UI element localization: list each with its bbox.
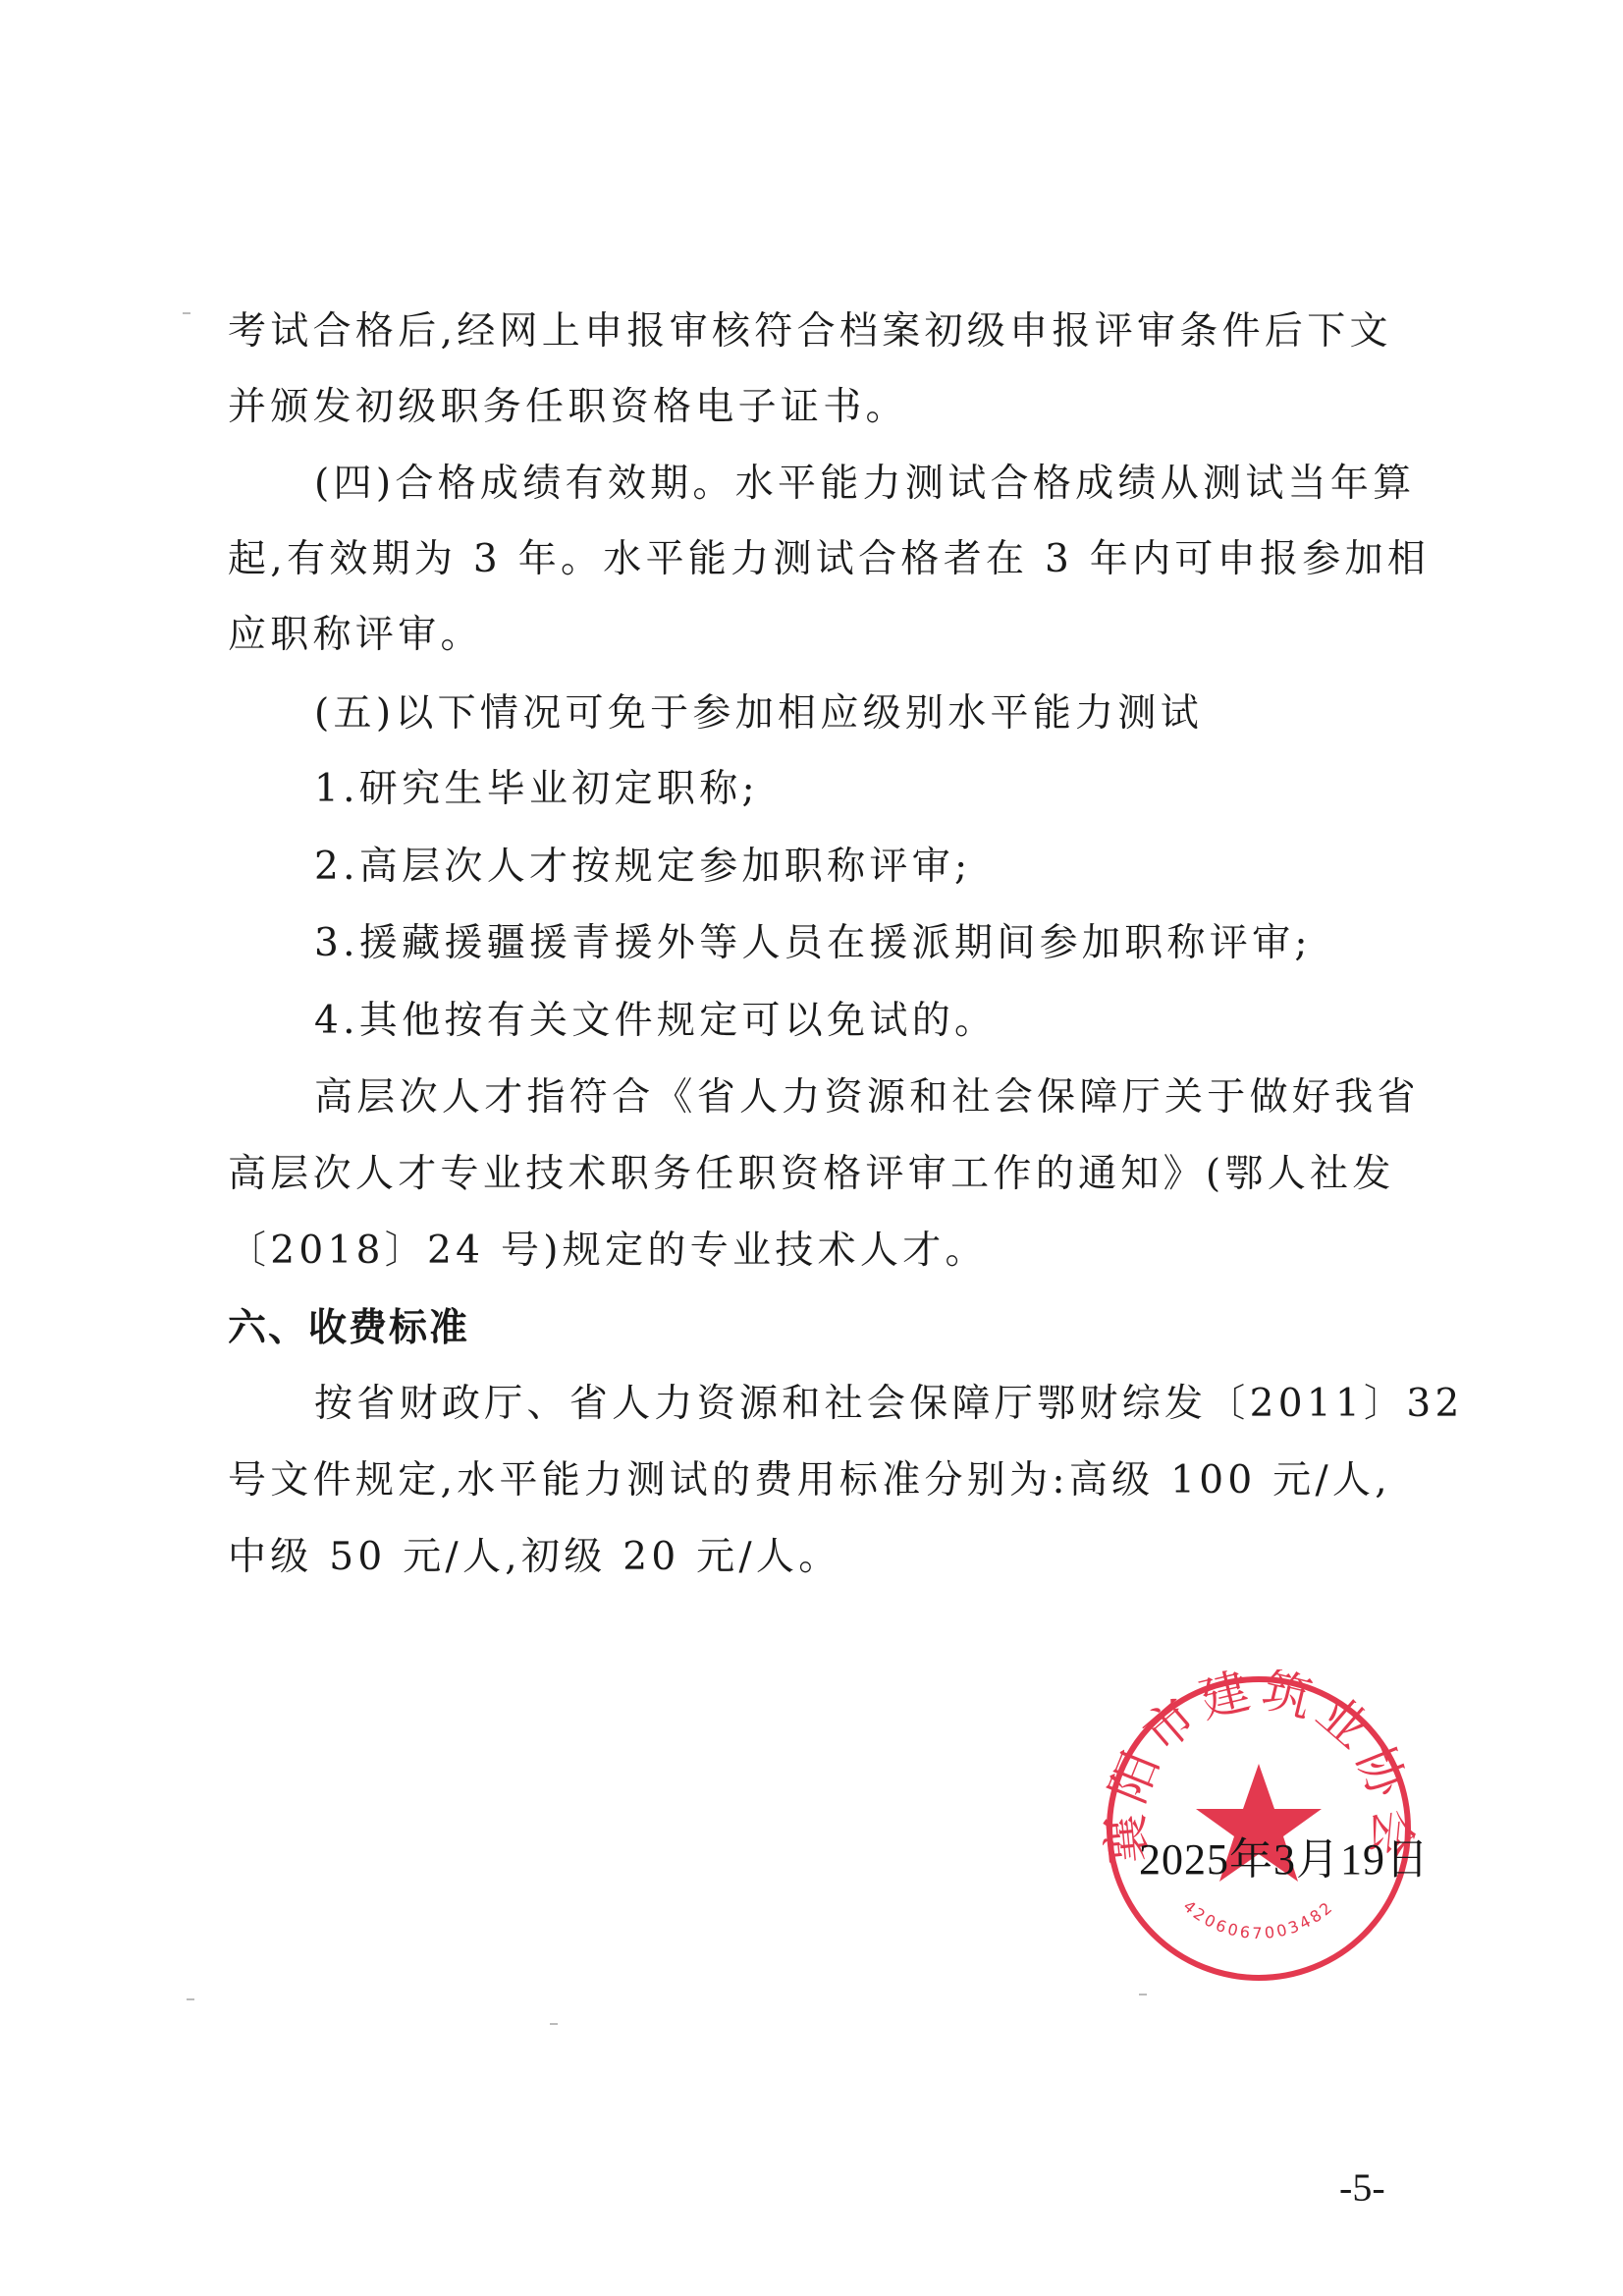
body-line: 并颁发初级职务任职资格电子证书。 [228, 384, 1445, 431]
official-seal-stamp: 襄阳市建筑业协会 4206067003482 [1100, 1669, 1418, 1988]
document-date: 2025年3月19日 [1139, 1834, 1430, 1886]
body-line: 考试合格后,经网上申报审核符合档案初级申报评审条件后下文 [228, 308, 1445, 355]
scan-speck [183, 312, 190, 314]
scan-speck [187, 1998, 194, 2000]
body-line: 号文件规定,水平能力测试的费用标准分别为:高级 100 元/人, [228, 1457, 1445, 1504]
body-line: 起,有效期为 3 年。水平能力测试合格者在 3 年内可申报参加相 [228, 536, 1445, 583]
paragraph-exemptions: (五)以下情况可免于参加相应级别水平能力测试 [314, 690, 1532, 738]
list-item: 4.其他按有关文件规定可以免试的。 [314, 998, 1532, 1045]
list-item: 2.高层次人才按规定参加职称评审; [314, 844, 1532, 891]
list-item: 1.研究生毕业初定职称; [314, 766, 1532, 813]
section-heading: 六、收费标准 [228, 1304, 1445, 1351]
body-line: 高层次人才专业技术职务任职资格评审工作的通知》(鄂人社发 [228, 1151, 1445, 1198]
body-line: 中级 50 元/人,初级 20 元/人。 [228, 1534, 1445, 1581]
seal-code: 4206067003482 [1180, 1896, 1338, 1942]
scan-speck [550, 2023, 558, 2025]
paragraph-validity: (四)合格成绩有效期。水平能力测试合格成绩从测试当年算 [314, 461, 1532, 508]
document-page: 考试合格后,经网上申报审核符合档案初级申报评审条件后下文 并颁发初级职务任职资格… [0, 0, 1623, 2296]
body-line: 应职称评审。 [228, 612, 1445, 659]
scan-speck [1139, 1994, 1147, 1995]
paragraph-talent-definition: 高层次人才指符合《省人力资源和社会保障厅关于做好我省 [314, 1074, 1532, 1121]
paragraph-fees: 按省财政厅、省人力资源和社会保障厅鄂财综发〔2011〕32 [314, 1381, 1532, 1428]
list-item: 3.援藏援疆援青援外等人员在援派期间参加职称评审; [314, 920, 1532, 967]
body-line: 〔2018〕24 号)规定的专业技术人才。 [228, 1228, 1445, 1275]
page-number: -5- [1339, 2164, 1385, 2212]
